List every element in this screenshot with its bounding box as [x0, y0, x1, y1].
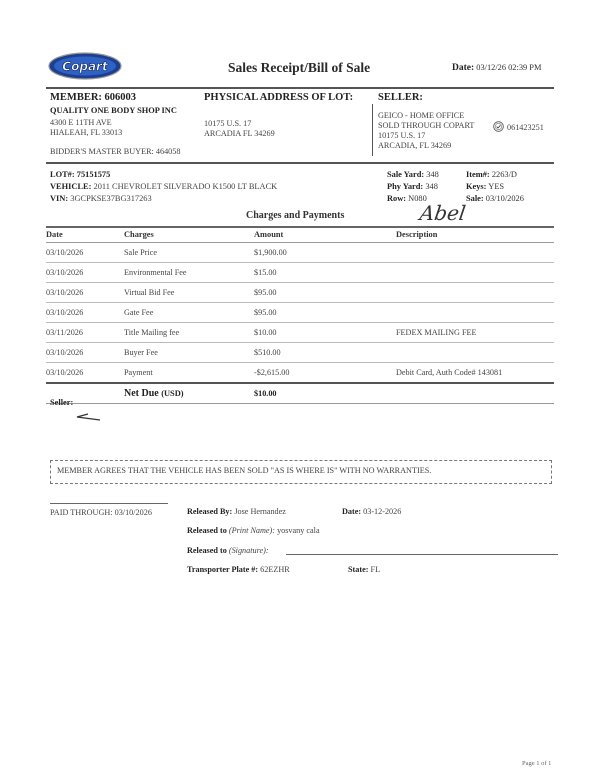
lot-address-heading: PHYSICAL ADDRESS OF LOT:: [204, 92, 353, 103]
row-charge: Environmental Fee: [124, 263, 254, 283]
net-due-value: $10.00: [254, 383, 354, 404]
sale-date: Sale: 03/10/2026: [466, 194, 524, 203]
released-by: Released By: Jose Hernandez: [187, 507, 286, 516]
row-date: 03/10/2026: [46, 363, 124, 384]
released-to-signature: Released to (Signature):: [187, 546, 269, 555]
seller-divider: [372, 104, 373, 156]
verified-seal-icon: [493, 121, 504, 134]
row-description: Debit Card, Auth Code# 143081: [354, 363, 554, 384]
member-address-line2: HIALEAH, FL 33013: [50, 128, 122, 137]
column-date: Date: [46, 227, 124, 243]
seller-signature-mark: [74, 411, 104, 429]
lot-address-line1: 10175 U.S. 17: [204, 119, 251, 128]
page-number: Page 1 of 1: [522, 760, 551, 767]
table-row: 03/10/2026Payment-$2,615.00Debit Card, A…: [46, 363, 554, 384]
row-amount: $10.00: [254, 323, 354, 343]
released-to-print-name: Released to (Print Name): yosvany cala: [187, 526, 320, 535]
release-date: Date: 03-12-2026: [342, 507, 401, 516]
master-buyer: BIDDER'S MASTER BUYER: 464058: [50, 147, 180, 156]
row-amount: $510.00: [254, 343, 354, 363]
table-row: 03/11/2026Title Mailing fee$10.00FEDEX M…: [46, 323, 554, 343]
header-date: Date: 03/12/26 02:39 PM: [452, 63, 541, 73]
header-divider: [46, 87, 554, 89]
signature-line[interactable]: [286, 554, 558, 555]
row-date: 03/10/2026: [46, 283, 124, 303]
row-date: 03/10/2026: [46, 263, 124, 283]
transporter-plate: Transporter Plate #: 62EZHR: [187, 565, 290, 574]
lot-address-line2: ARCADIA FL 34269: [204, 129, 275, 138]
table-row: 03/10/2026Buyer Fee$510.00: [46, 343, 554, 363]
row-date: 03/10/2026: [46, 243, 124, 263]
phy-yard: Phy Yard: 348: [387, 182, 438, 191]
table-row: 03/10/2026Sale Price$1,900.00: [46, 243, 554, 263]
paid-through-line: [50, 503, 168, 504]
table-row: 03/10/2026Gate Fee$95.00: [46, 303, 554, 323]
row-date: 03/10/2026: [46, 303, 124, 323]
row-description: [354, 263, 554, 283]
lot-number: LOT#: 75151575: [50, 170, 110, 179]
member-name: QUALITY ONE BODY SHOP INC: [50, 106, 177, 115]
row-charge: Payment: [124, 363, 254, 384]
copart-logo: Copart: [48, 52, 122, 80]
svg-text:Copart: Copart: [62, 60, 109, 74]
seller-line4: ARCADIA, FL 34269: [378, 141, 451, 150]
seller-signature-label: Seller:: [50, 398, 73, 407]
table-row: 03/10/2026Virtual Bid Fee$95.00: [46, 283, 554, 303]
seller-line3: 10175 U.S. 17: [378, 131, 425, 140]
row-charge: Sale Price: [124, 243, 254, 263]
table-row: 03/10/2026Environmental Fee$15.00: [46, 263, 554, 283]
seller-heading: SELLER:: [378, 92, 423, 103]
seller-line2: SOLD THROUGH COPART: [378, 121, 474, 130]
row-description: [354, 303, 554, 323]
member-heading: MEMBER: 606003: [50, 92, 136, 103]
row-charge: Virtual Bid Fee: [124, 283, 254, 303]
vehicle-description: VEHICLE: 2011 CHEVROLET SILVERADO K1500 …: [50, 182, 277, 191]
seller-line1: GEICO - HOME OFFICE: [378, 111, 464, 120]
sale-yard: Sale Yard: 348: [387, 170, 439, 179]
vin: VIN: 3GCPKSE37BG317263: [50, 194, 152, 203]
handwritten-note: Abel: [418, 201, 467, 225]
transporter-state: State: FL: [348, 565, 380, 574]
row-amount: $15.00: [254, 263, 354, 283]
row-date: 03/11/2026: [46, 323, 124, 343]
charges-header-row: Date Charges Amount Description: [46, 227, 554, 243]
warranty-disclaimer: MEMBER AGREES THAT THE VEHICLE HAS BEEN …: [50, 460, 552, 484]
paid-through: PAID THROUGH: 03/10/2026: [50, 508, 152, 517]
page-title: Sales Receipt/Bill of Sale: [228, 60, 370, 76]
column-amount: Amount: [254, 227, 354, 243]
net-due-row: Net Due (USD)$10.00: [46, 383, 554, 404]
row-charge: Title Mailing fee: [124, 323, 254, 343]
charges-table: Date Charges Amount Description 03/10/20…: [46, 226, 554, 404]
net-due-empty: [354, 383, 554, 404]
row-description: [354, 243, 554, 263]
seller-id: 061423251: [493, 121, 544, 134]
row-amount: -$2,615.00: [254, 363, 354, 384]
row-charge: Gate Fee: [124, 303, 254, 323]
row-charge: Buyer Fee: [124, 343, 254, 363]
item-number: Item#: 2263/D: [466, 170, 517, 179]
column-charges: Charges: [124, 227, 254, 243]
row-description: [354, 343, 554, 363]
row-amount: $95.00: [254, 283, 354, 303]
net-due-label: Net Due (USD): [124, 383, 254, 404]
row-date: 03/10/2026: [46, 343, 124, 363]
row-description: [354, 283, 554, 303]
row-amount: $1,900.00: [254, 243, 354, 263]
member-divider: [46, 162, 554, 164]
column-description: Description: [354, 227, 554, 243]
charges-title: Charges and Payments: [246, 210, 344, 221]
row-description: FEDEX MAILING FEE: [354, 323, 554, 343]
row-amount: $95.00: [254, 303, 354, 323]
member-address-line1: 4300 E 11TH AVE: [50, 118, 112, 127]
keys: Keys: YES: [466, 182, 504, 191]
